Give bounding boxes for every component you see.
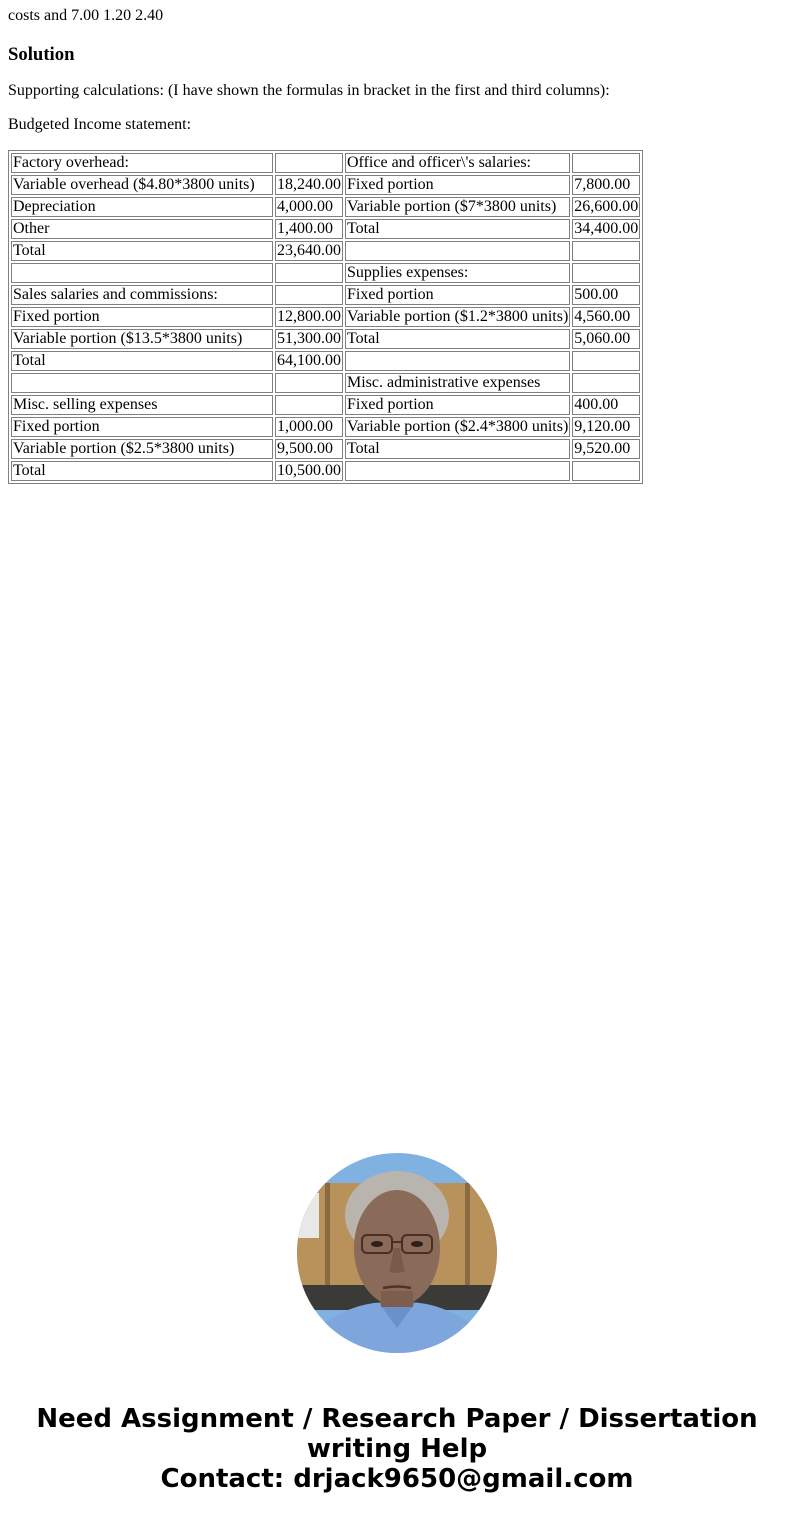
item-amount-cell: 34,400.00 xyxy=(572,219,640,239)
table-row: Total64,100.00 xyxy=(11,351,640,371)
item-amount-cell xyxy=(572,241,640,261)
promo-banner: Need Assignment / Research Paper / Disse… xyxy=(0,1404,794,1494)
document-body: costs and 7.00 1.20 2.40 Solution Suppor… xyxy=(0,7,794,484)
item-amount-cell: 26,600.00 xyxy=(572,197,640,217)
item-amount-cell xyxy=(275,153,343,173)
item-label-cell: Supplies expenses: xyxy=(345,263,570,283)
item-amount-cell: 7,800.00 xyxy=(572,175,640,195)
item-label-cell xyxy=(345,241,570,261)
item-amount-cell xyxy=(572,351,640,371)
item-label-cell xyxy=(11,373,273,393)
solution-heading: Solution xyxy=(8,44,786,66)
item-label-cell: Variable portion ($7*3800 units) xyxy=(345,197,570,217)
item-label-cell: Variable portion ($13.5*3800 units) xyxy=(11,329,273,349)
item-label-cell: Total xyxy=(345,219,570,239)
item-amount-cell: 5,060.00 xyxy=(572,329,640,349)
item-amount-cell xyxy=(572,153,640,173)
item-label-cell: Fixed portion xyxy=(345,285,570,305)
item-amount-cell xyxy=(572,263,640,283)
item-label-cell: Fixed portion xyxy=(345,395,570,415)
promo-contact-line: Contact: drjack9650@gmail.com xyxy=(0,1464,794,1494)
item-label-cell xyxy=(345,461,570,481)
table-row: Variable portion ($13.5*3800 units)51,30… xyxy=(11,329,640,349)
person-photo-icon xyxy=(297,1153,497,1353)
item-amount-cell: 9,120.00 xyxy=(572,417,640,437)
item-amount-cell xyxy=(572,461,640,481)
item-label-cell: Variable portion ($2.5*3800 units) xyxy=(11,439,273,459)
item-label-cell: Fixed portion xyxy=(11,307,273,327)
item-amount-cell: 23,640.00 xyxy=(275,241,343,261)
item-label-cell: Other xyxy=(11,219,273,239)
item-amount-cell xyxy=(275,285,343,305)
promo-line-1: Need Assignment / Research Paper / Disse… xyxy=(0,1404,794,1434)
table-row: Misc. selling expensesFixed portion400.0… xyxy=(11,395,640,415)
supporting-calculations-text: Supporting calculations: (I have shown t… xyxy=(8,82,786,100)
item-label-cell: Total xyxy=(11,351,273,371)
item-label-cell: Misc. administrative expenses xyxy=(345,373,570,393)
table-row: Fixed portion12,800.00Variable portion (… xyxy=(11,307,640,327)
table-row: Misc. administrative expenses xyxy=(11,373,640,393)
item-label-cell: Fixed portion xyxy=(11,417,273,437)
item-amount-cell: 9,500.00 xyxy=(275,439,343,459)
item-label-cell: Total xyxy=(11,461,273,481)
item-amount-cell: 500.00 xyxy=(572,285,640,305)
item-amount-cell: 51,300.00 xyxy=(275,329,343,349)
item-amount-cell: 10,500.00 xyxy=(275,461,343,481)
table-row: Variable overhead ($4.80*3800 units)18,2… xyxy=(11,175,640,195)
intro-text: costs and 7.00 1.20 2.40 xyxy=(8,7,786,25)
item-label-cell: Total xyxy=(345,439,570,459)
table-row: Variable portion ($2.5*3800 units)9,500.… xyxy=(11,439,640,459)
item-amount-cell: 1,000.00 xyxy=(275,417,343,437)
item-label-cell: Total xyxy=(11,241,273,261)
item-label-cell: Office and officer\'s salaries: xyxy=(345,153,570,173)
table-row: Fixed portion1,000.00Variable portion ($… xyxy=(11,417,640,437)
table-row: Total10,500.00 xyxy=(11,461,640,481)
budget-statement-label: Budgeted Income statement: xyxy=(8,116,786,134)
item-label-cell: Total xyxy=(345,329,570,349)
item-amount-cell xyxy=(572,373,640,393)
item-amount-cell: 1,400.00 xyxy=(275,219,343,239)
item-label-cell: Misc. selling expenses xyxy=(11,395,273,415)
item-amount-cell: 18,240.00 xyxy=(275,175,343,195)
table-row: Factory overhead:Office and officer\'s s… xyxy=(11,153,640,173)
item-label-cell: Variable portion ($1.2*3800 units) xyxy=(345,307,570,327)
item-label-cell: Fixed portion xyxy=(345,175,570,195)
table-row: Total23,640.00 xyxy=(11,241,640,261)
item-label-cell xyxy=(11,263,273,283)
author-avatar xyxy=(297,1153,497,1353)
item-amount-cell: 12,800.00 xyxy=(275,307,343,327)
item-label-cell: Depreciation xyxy=(11,197,273,217)
item-amount-cell: 9,520.00 xyxy=(572,439,640,459)
table-row: Depreciation4,000.00Variable portion ($7… xyxy=(11,197,640,217)
item-amount-cell: 400.00 xyxy=(572,395,640,415)
item-amount-cell: 4,560.00 xyxy=(572,307,640,327)
table-row: Other1,400.00Total34,400.00 xyxy=(11,219,640,239)
table-row: Sales salaries and commissions:Fixed por… xyxy=(11,285,640,305)
item-label-cell: Factory overhead: xyxy=(11,153,273,173)
promo-line-2: writing Help xyxy=(0,1434,794,1464)
item-amount-cell xyxy=(275,395,343,415)
supporting-calculations-table: Factory overhead:Office and officer\'s s… xyxy=(8,150,643,484)
item-amount-cell: 4,000.00 xyxy=(275,197,343,217)
item-amount-cell xyxy=(275,373,343,393)
item-amount-cell xyxy=(275,263,343,283)
item-label-cell xyxy=(345,351,570,371)
item-label-cell: Sales salaries and commissions: xyxy=(11,285,273,305)
table-row: Supplies expenses: xyxy=(11,263,640,283)
item-amount-cell: 64,100.00 xyxy=(275,351,343,371)
item-label-cell: Variable portion ($2.4*3800 units) xyxy=(345,417,570,437)
item-label-cell: Variable overhead ($4.80*3800 units) xyxy=(11,175,273,195)
